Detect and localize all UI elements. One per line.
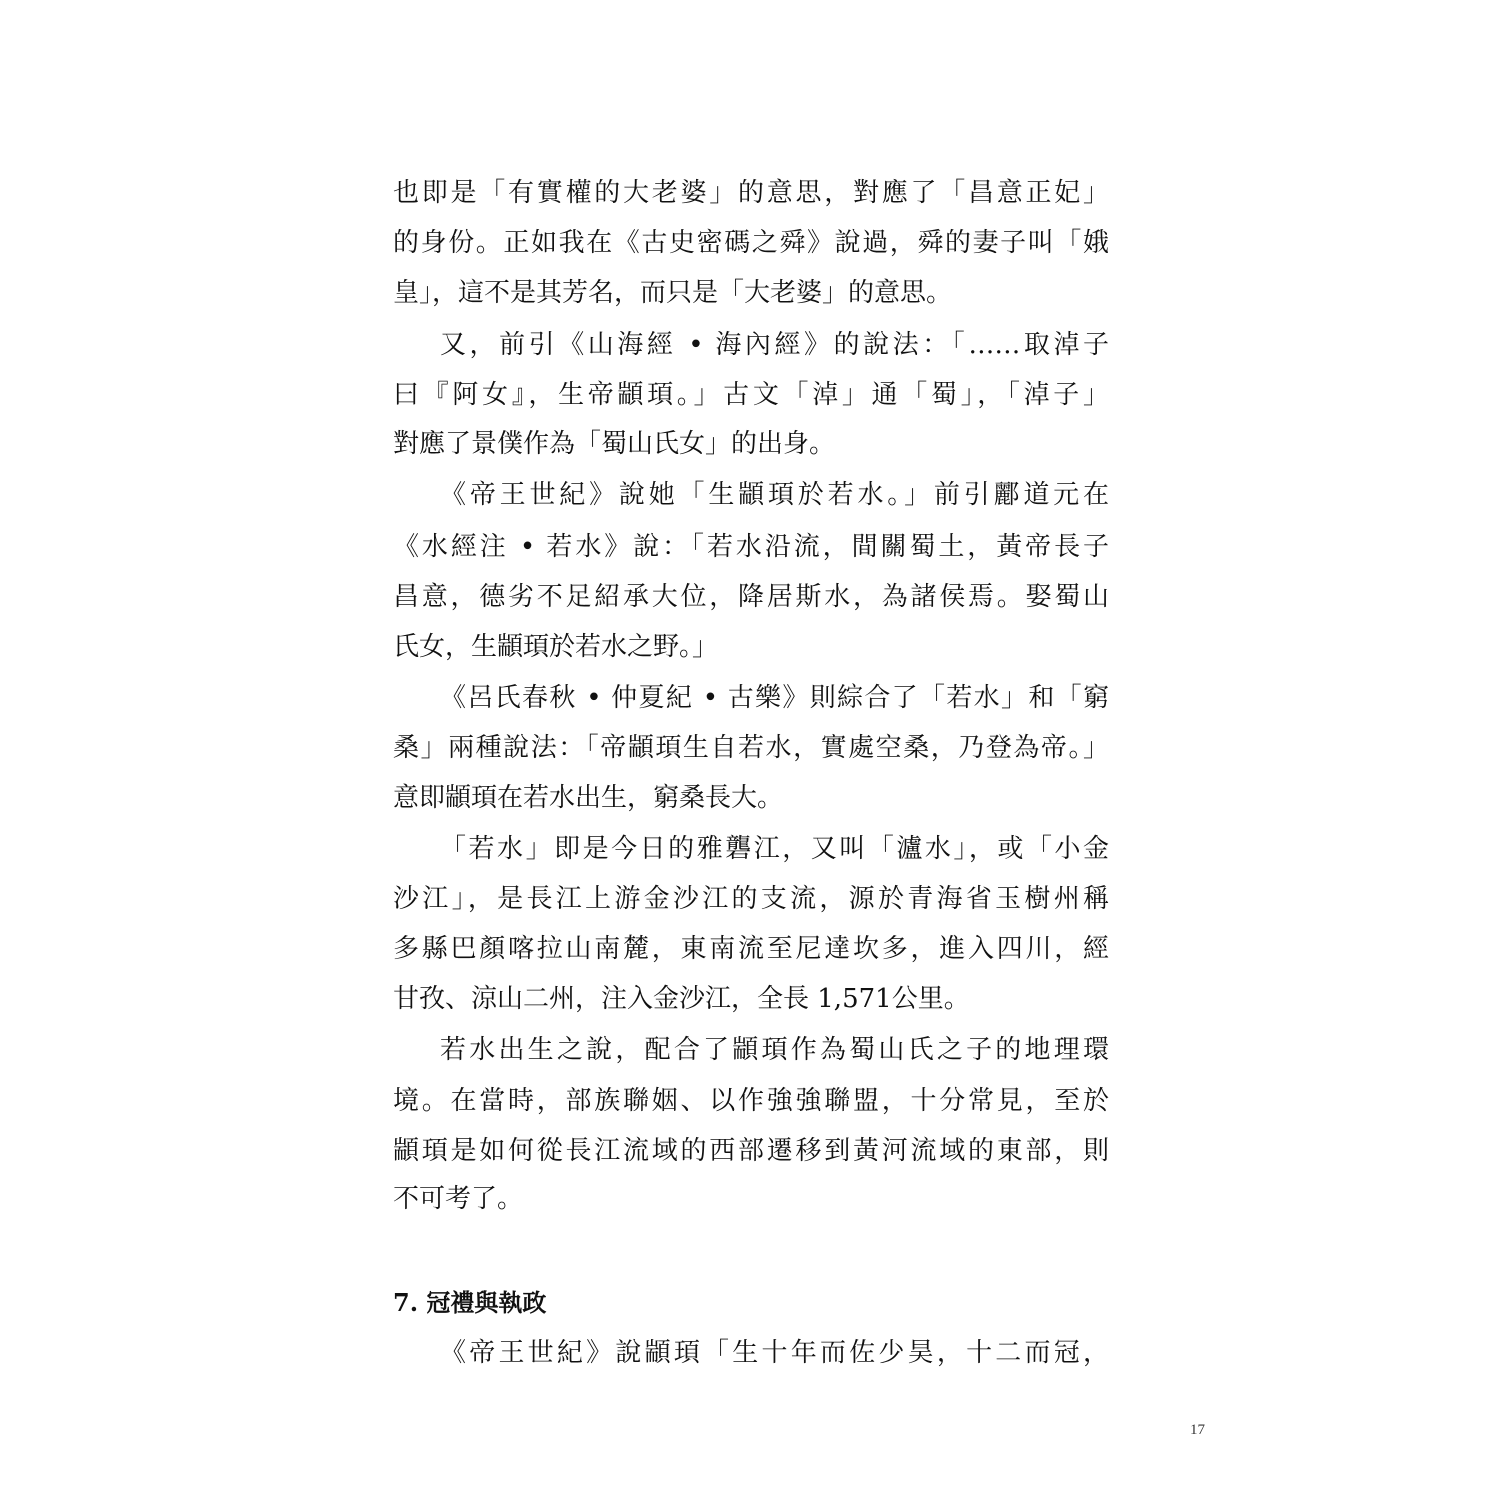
text-line: 意即顓頊在若水出生，窮桑長大。 (393, 780, 1109, 816)
text-line: 對應了景僕作為「蜀山氏女」的出身。 (393, 426, 1109, 462)
page-number: 17 (1190, 1420, 1205, 1440)
text-line: 的身份。正如我在《古史密碼之舜》說過，舜的妻子叫「娥 (393, 225, 1109, 261)
text-line: 《呂氏春秋 • 仲夏紀 • 古樂》則綜合了「若水」和「窮 (440, 680, 1109, 716)
text-line: 多縣巴顏喀拉山南麓，東南流至尼達坎多，進入四川，經 (393, 931, 1109, 967)
text-line: 「若水」即是今日的雅礱江，又叫「瀘水」，或「小金 (440, 831, 1109, 867)
document-page: 也即是「有實權的大老婆」的意思，對應了「昌意正妃」 的身份。正如我在《古史密碼之… (0, 0, 1500, 1500)
text-line: 皇」，這不是其芳名，而只是「大老婆」的意思。 (393, 275, 1109, 311)
text-line: 顓頊是如何從長江流域的西部遷移到黃河流域的東部，則 (393, 1133, 1109, 1169)
section-heading: 7. 冠禮與執政 (393, 1286, 546, 1320)
text-line: 沙江」，是長江上游金沙江的支流，源於青海省玉樹州稱 (393, 881, 1109, 917)
text-line: 曰『阿女』，生帝顓頊。」古文「淖」通「蜀」，「淖子」 (393, 377, 1109, 413)
text-line: 桑」兩種說法：「帝顓頊生自若水，實處空桑，乃登為帝。」 (393, 730, 1109, 766)
text-line: 氏女，生顓頊於若水之野。」 (393, 629, 1109, 665)
text-line: 《帝王世紀》說顓頊「生十年而佐少昊，十二而冠， (440, 1335, 1109, 1371)
text-line: 昌意，德劣不足紹承大位，降居斯水，為諸侯焉。娶蜀山 (393, 579, 1109, 615)
text-line: 甘孜、涼山二州，注入金沙江，全長 1,571公里。 (393, 981, 1109, 1017)
text-line: 又，前引《山海經 • 海內經》的說法：「……取淖子 (440, 327, 1109, 363)
text-line: 也即是「有實權的大老婆」的意思，對應了「昌意正妃」 (393, 175, 1109, 211)
text-line: 《帝王世紀》說她「生顓頊於若水。」前引酈道元在 (440, 477, 1109, 513)
text-line: 《水經注 • 若水》說：「若水沿流，間關蜀土，黃帝長子 (393, 529, 1109, 565)
text-line: 不可考了。 (393, 1181, 1109, 1217)
text-line: 若水出生之說，配合了顓頊作為蜀山氏之子的地理環 (440, 1032, 1109, 1068)
text-line: 境。在當時，部族聯姻、以作強強聯盟，十分常見，至於 (393, 1083, 1109, 1119)
